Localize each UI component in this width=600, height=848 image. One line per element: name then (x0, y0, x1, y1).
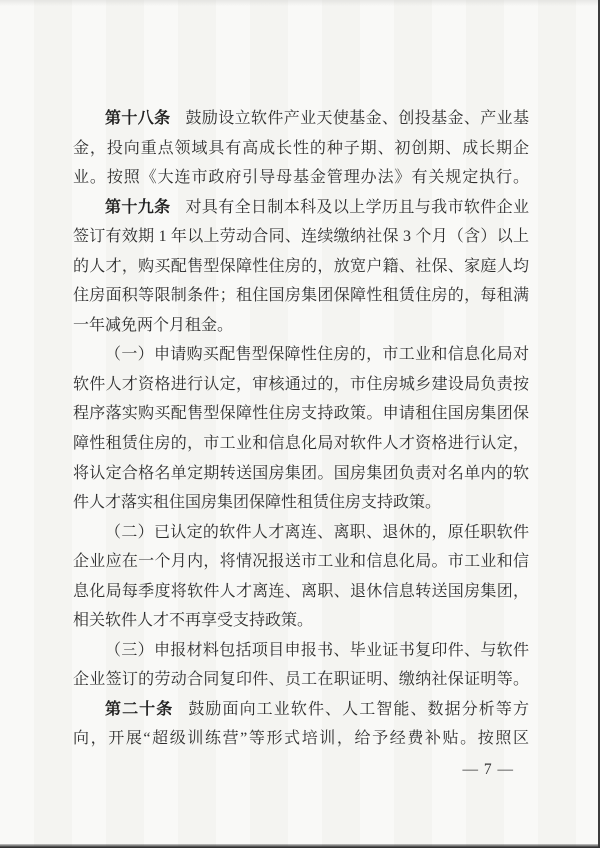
text-line: （三）申报材料包括项目申报书、毕业证书复印件、与软件 (73, 636, 529, 666)
text-line: 软件人才资格进行认定，审核通过的，市住房城乡建设局负责按 (73, 370, 529, 400)
text-line: 障性租赁住房的，市工业和信息化局对软件人才资格进行认定， (73, 429, 529, 459)
text-line: 企业签订的劳动合同复印件、员工在职证明、缴纳社保证明等。 (73, 665, 529, 695)
paragraph: （二）已认定的软件人才离连、离职、退休的，原任职软件企业应在一个月内，将情况报送… (73, 518, 529, 636)
text-line: 企业应在一个月内，将情况报送市工业和信息化局。市工业和信 (73, 547, 529, 577)
line-text: 对具有全日制本科及以上学历且与我市软件企业 (186, 199, 529, 216)
text-line: 业。按照《大连市政府引导母基金管理办法》有关规定执行。 (73, 163, 529, 193)
page-number: — 7 — (463, 760, 515, 780)
line-text: 鼓励设立软件产业天使基金、创投基金、产业基 (186, 110, 529, 127)
text-line: 件人才落实租住国房集团保障性租赁住房支持政策。 (73, 488, 529, 518)
paragraph: 第二十条鼓励面向工业软件、人工智能、数据分析等方向，开展“超级训练营”等形式培训… (73, 695, 529, 754)
article-heading: 第十九条 (105, 199, 171, 216)
text-line: （二）已认定的软件人才离连、离职、退休的，原任职软件 (73, 518, 529, 548)
text-line: 的人才，购买配售型保障性住房的，放宽户籍、社保、家庭人均 (73, 252, 529, 282)
paragraph: （三）申报材料包括项目申报书、毕业证书复印件、与软件企业签订的劳动合同复印件、员… (73, 636, 529, 695)
document-body: 第十八条鼓励设立软件产业天使基金、创投基金、产业基金，投向重点领域具有高成长性的… (73, 104, 529, 754)
text-line: 第十九条对具有全日制本科及以上学历且与我市软件企业 (73, 193, 529, 223)
text-line: 将认定合格名单定期转送国房集团。国房集团负责对名单内的软 (73, 459, 529, 489)
scan-edge-bottom (0, 844, 600, 848)
paragraph: 第十八条鼓励设立软件产业天使基金、创投基金、产业基金，投向重点领域具有高成长性的… (73, 104, 529, 193)
text-line: （一）申请购买配售型保障性住房的，市工业和信息化局对 (73, 340, 529, 370)
paragraph: （一）申请购买配售型保障性住房的，市工业和信息化局对软件人才资格进行认定，审核通… (73, 340, 529, 517)
text-line: 第十八条鼓励设立软件产业天使基金、创投基金、产业基 (73, 104, 529, 134)
line-text: 鼓励面向工业软件、人工智能、数据分析等方 (188, 701, 529, 718)
scan-shadow-top (0, 0, 600, 6)
text-line: 相关软件人才不再享受支持政策。 (73, 606, 529, 636)
text-line: 息化局每季度将软件人才离连、离职、退休信息转送国房集团， (73, 577, 529, 607)
text-line: 一年减免两个月租金。 (73, 311, 529, 341)
document-page: 第十八条鼓励设立软件产业天使基金、创投基金、产业基金，投向重点领域具有高成长性的… (0, 0, 600, 848)
paragraph: 第十九条对具有全日制本科及以上学历且与我市软件企业签订有效期 1 年以上劳动合同… (73, 193, 529, 341)
text-line: 签订有效期 1 年以上劳动合同、连续缴纳社保 3 个月（含）以上 (73, 222, 529, 252)
text-line: 金，投向重点领域具有高成长性的种子期、初创期、成长期企 (73, 134, 529, 164)
text-line: 住房面积等限制条件；租住国房集团保障性租赁住房的，每租满 (73, 281, 529, 311)
text-line: 向，开展“超级训练营”等形式培训，给予经费补贴。按照区 (73, 724, 529, 754)
text-line: 程序落实购买配售型保障性住房支持政策。申请租住国房集团保 (73, 399, 529, 429)
text-line: 第二十条鼓励面向工业软件、人工智能、数据分析等方 (73, 695, 529, 725)
article-heading: 第二十条 (105, 701, 173, 718)
article-heading: 第十八条 (105, 110, 171, 127)
